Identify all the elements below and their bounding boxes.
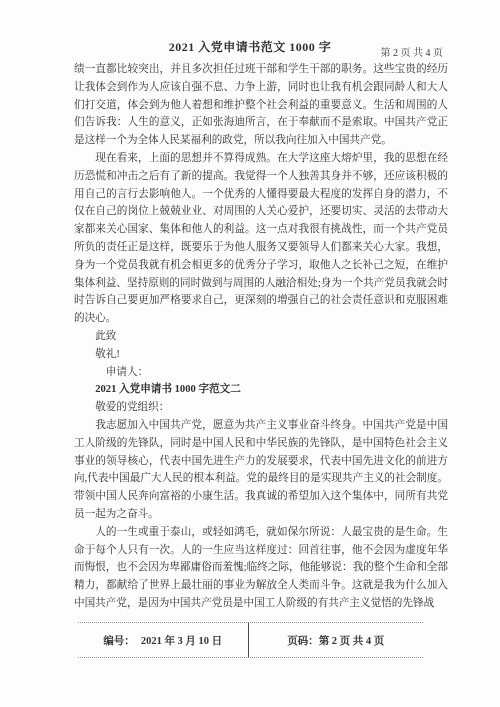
paragraph-continuation: 绩一直都比较突出，并且多次担任过班干部和学生干部的职务。这些宝贵的经历让我体会到… (74, 61, 448, 150)
footer-number-cell: 编号： 2021 年 3 月 10 日 (78, 623, 248, 657)
footer-page-cell: 页码： 第 2 页 共 4 页 (248, 623, 424, 657)
document-body: 绩一直都比较突出，并且多次担任过班干部和学生干部的职务。这些宝贵的经历让我体会到… (74, 61, 448, 613)
applicant-line: 申请人： (74, 364, 448, 382)
page-footer: 编号： 2021 年 3 月 10 日 页码： 第 2 页 共 4 页 (78, 622, 423, 658)
page-header: 2021 入党申请书范文 1000 字 第 2 页 共 4 页 (0, 0, 500, 55)
document-page: 2021 入党申请书范文 1000 字 第 2 页 共 4 页 绩一直都比较突出… (0, 0, 500, 707)
page-number-indicator: 第 2 页 共 4 页 (381, 44, 444, 59)
paragraph: 我志愿加入中国共产党，愿意为共产主义事业奋斗终身。中国共产党是中国工人阶级的先锋… (74, 417, 448, 524)
closing-cizhi: 此致 (74, 328, 448, 346)
footer-number-label: 编号： (103, 633, 135, 648)
footer-number-value: 2021 年 3 月 10 日 (141, 633, 222, 648)
salutation: 敬爱的党组织： (74, 399, 448, 417)
footer-page-value: 第 2 页 共 4 页 (319, 633, 385, 648)
paragraph: 人的一生或重于泰山，或轻如鸿毛，就如保尔所说：人最宝贵的是生命。生命于每个人只有… (74, 524, 448, 613)
section-title: 2021 入党申请书 1000 字范文二 (74, 381, 448, 399)
footer-page-label: 页码： (287, 633, 319, 648)
closing-salute: 敬礼! (74, 346, 448, 364)
paragraph: 现在看来，上面的思想并不算得成熟。在大学这座大熔炉里，我的思想在经历恐慌和冲击之… (74, 150, 448, 328)
